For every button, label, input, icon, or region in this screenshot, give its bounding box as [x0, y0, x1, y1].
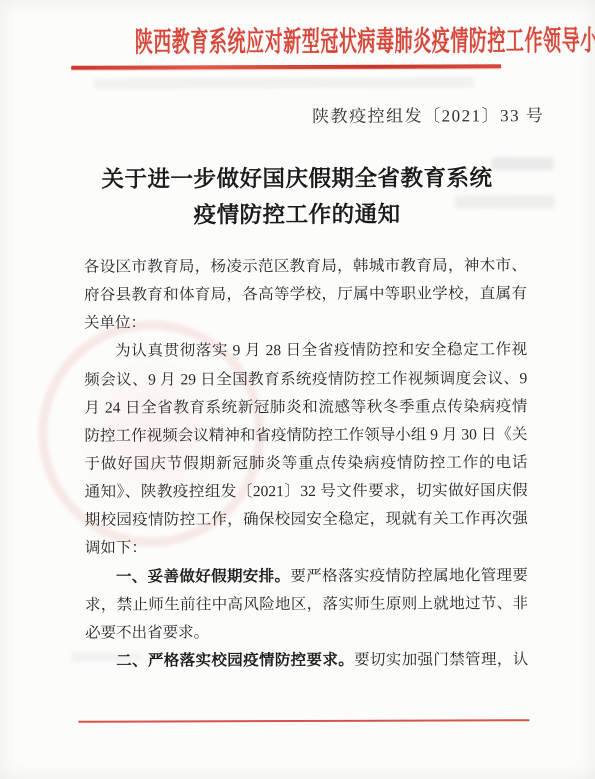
document-body: 各设区市教育局，杨凌示范区教育局，韩城市教育局，神木市、府谷县教育和体育局，各高… [84, 252, 528, 676]
body-line: 各设区市教育局，杨凌示范区教育局，韩城市教育局，神木市、 [84, 252, 527, 282]
body-line: 期校园疫情防控工作，确保校园安全稳定，现就有关工作再次强 [85, 505, 528, 535]
body-line: 于做好国庆节假期新冠肺炎等重点传染病疫情防控工作的电话 [84, 449, 527, 479]
body-line: 月 24 日全省教育系统新冠肺炎和流感等秋冬季重点传染病疫情 [84, 393, 527, 423]
section-heading: 一、妥善做好假期安排。 [116, 568, 291, 586]
section-heading: 二、严格落实校园疫情防控要求。 [116, 652, 354, 670]
letterhead-org-name: 陕西教育系统应对新型冠状病毒肺炎疫情防控工作领导小组 [135, 19, 595, 61]
footer-rule [78, 719, 529, 723]
document-title-line2: 疫情防控工作的通知 [0, 195, 595, 233]
body-line: 必要不出省要求。 [85, 618, 528, 648]
document-number: 陕教疫控组发〔2021〕33 号 [312, 101, 544, 127]
scanned-document-page: 陕西教育系统应对新型冠状病毒肺炎疫情防控工作领导小组 陕教疫控组发〔2021〕3… [0, 0, 595, 779]
scan-content: 陕西教育系统应对新型冠状病毒肺炎疫情防控工作领导小组 陕教疫控组发〔2021〕3… [0, 0, 595, 779]
document-title: 关于进一步做好国庆假期全省教育系统 疫情防控工作的通知 [0, 160, 595, 233]
body-line: 为认真贯彻落实 9 月 28 日全省疫情防控和安全稳定工作视 [84, 337, 527, 367]
body-line: 通知》、陕教疫控组发〔2021〕32 号文件要求，切实做好国庆假 [85, 477, 528, 507]
body-line: 频会议、9 月 29 日全国教育系统疫情防控工作视频调度会议、9 [84, 365, 527, 395]
bleed-through-artifact [94, 77, 474, 88]
body-line: 求，禁止师生前往中高风险地区，落实师生原则上就地过节、非 [85, 590, 528, 620]
body-line: 调如下： [85, 534, 528, 564]
letterhead-divider-rule [71, 64, 501, 70]
document-title-line1: 关于进一步做好国庆假期全省教育系统 [0, 160, 595, 198]
body-line: 防控工作视频会议精神和省疫情防控工作领导小组 9 月 30 日《关 [84, 421, 527, 451]
body-line: 关单位： [84, 308, 527, 338]
body-line: 一、妥善做好假期安排。要严格落实疫情防控属地化管理要 [85, 562, 528, 592]
letterhead: 陕西教育系统应对新型冠状病毒肺炎疫情防控工作领导小组 [0, 19, 594, 61]
body-line: 府谷县教育和体育局，各高等学校，厅属中等职业学校，直属有 [84, 280, 527, 310]
body-line: 二、严格落实校园疫情防控要求。要切实加强门禁管理，认 [85, 646, 528, 676]
